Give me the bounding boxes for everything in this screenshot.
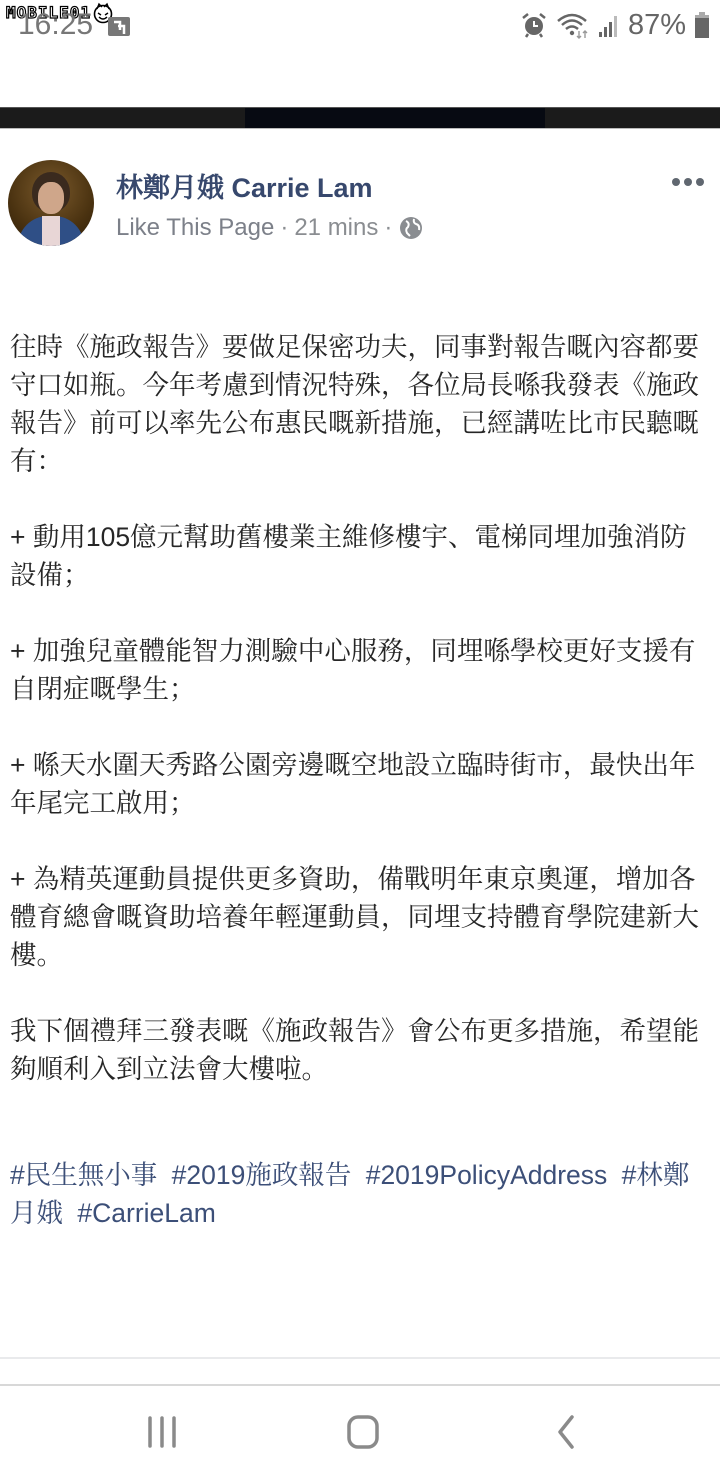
clock: 16:25 bbox=[18, 8, 93, 42]
post-body: 往時《施政報告》要做足保密功夫，同事對報告嘅內容都要守口如瓶。今年考慮到情況特殊… bbox=[10, 328, 710, 1126]
app-header-bar bbox=[0, 107, 720, 129]
avatar[interactable] bbox=[8, 160, 94, 246]
signal-icon bbox=[598, 12, 620, 38]
app-header-center bbox=[245, 108, 545, 128]
hashtag-link[interactable]: #2019PolicyAddress bbox=[366, 1160, 608, 1190]
post-timestamp[interactable]: 21 mins bbox=[294, 214, 378, 242]
post-paragraph-intro: 往時《施政報告》要做足保密功夫，同事對報告嘅內容都要守口如瓶。今年考慮到情況特殊… bbox=[10, 328, 710, 480]
battery-percent: 87% bbox=[628, 9, 686, 42]
system-nav-bar bbox=[0, 1386, 720, 1480]
wifi-icon bbox=[556, 11, 590, 39]
recents-icon bbox=[146, 1416, 178, 1448]
post-meta: Like This Page · 21 mins · bbox=[116, 214, 424, 242]
post-paragraph-item-3: + 喺天水圍天秀路公園旁邊嘅空地設立臨時街市，最快出年年尾完工啟用； bbox=[10, 746, 710, 822]
post-divider bbox=[0, 1357, 720, 1359]
alarm-icon bbox=[520, 11, 548, 39]
post-header: 林鄭月娥 Carrie Lam Like This Page · 21 mins… bbox=[0, 150, 720, 240]
post-paragraph-item-2: + 加強兒童體能智力測驗中心服務，同埋喺學校更好支援有自閉症嘅學生； bbox=[10, 632, 710, 708]
post-paragraph-item-4: + 為精英運動員提供更多資助，備戰明年東京奧運，增加各體育總會嘅資助培養年輕運動… bbox=[10, 860, 710, 974]
post-paragraph-closing: 我下個禮拜三發表嘅《施政報告》會公布更多措施，希望能夠順利入到立法會大樓啦。 bbox=[10, 1012, 710, 1088]
post-paragraph-item-1: + 動用105億元幫助舊樓業主維修樓宇、電梯同埋加強消防設備； bbox=[10, 518, 710, 594]
globe-icon bbox=[398, 215, 424, 241]
meta-separator: · bbox=[280, 214, 288, 242]
back-icon bbox=[554, 1415, 578, 1449]
more-options-icon[interactable] bbox=[672, 178, 704, 186]
home-icon bbox=[346, 1415, 380, 1449]
back-button[interactable] bbox=[536, 1410, 596, 1454]
recents-button[interactable] bbox=[132, 1410, 192, 1454]
meta-separator: · bbox=[384, 214, 392, 242]
nfc-icon bbox=[106, 14, 132, 38]
status-bar: MOBILE01 16:25 bbox=[0, 0, 720, 50]
hashtag-link[interactable]: #民生無小事 bbox=[10, 1160, 157, 1190]
battery-icon bbox=[694, 11, 710, 39]
hashtag-link[interactable]: #CarrieLam bbox=[77, 1198, 215, 1228]
hashtag-list: #民生無小事 #2019施政報告 #2019PolicyAddress #林鄭月… bbox=[10, 1156, 710, 1232]
status-icons: 87% bbox=[520, 8, 710, 42]
like-page-link[interactable]: Like This Page bbox=[116, 214, 274, 242]
page-name[interactable]: 林鄭月娥 Carrie Lam bbox=[116, 166, 373, 205]
hashtag-link[interactable]: #2019施政報告 bbox=[172, 1160, 352, 1190]
home-button[interactable] bbox=[333, 1410, 393, 1454]
